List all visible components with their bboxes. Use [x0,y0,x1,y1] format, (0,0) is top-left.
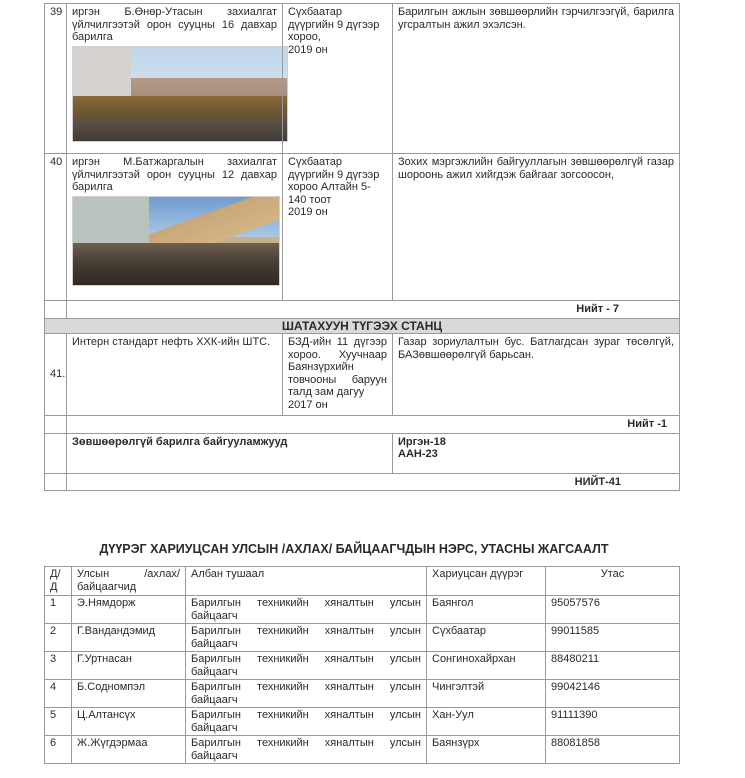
year: 2019 он [288,44,387,57]
col-header-inspector: Улсын /ахлах/ байцаагчид [72,567,186,596]
location: БЗД-ийн 11 дүгээр хороо. Хуучнаар Баянзү… [288,336,387,399]
grand-total: НИЙТ-41 [67,473,680,491]
construction-site-photo [72,46,288,142]
inspectors-table: Д/Д Улсын /ахлах/ байцаагчид Албан тушаа… [44,566,680,764]
inspector-name: Ж.Жүгдэрмаа [72,736,186,764]
inspector-district: Баянгол [427,596,546,624]
inspector-position: Барилгын техникийн хяналтын улсын байцаа… [186,708,427,736]
table-row: 2 Г.Вандандэмид Барилгын техникийн хянал… [45,624,680,652]
table-row: 4 Б.Содномпэл Барилгын техникийн хяналты… [45,680,680,708]
row-number: 40 [45,154,67,301]
table-header-row: Д/Д Улсын /ахлах/ байцаагчид Албан тушаа… [45,567,680,596]
building-description: иргэн М.Батжаргалын захиалгат үйлчилгээт… [72,156,277,194]
row-number: 3 [45,652,72,680]
inspector-position: Барилгын техникийн хяналтын улсын байцаа… [186,596,427,624]
inspector-district: Чингэлтэй [427,680,546,708]
building-description: Интерн стандарт нефть ХХК-ийн ШТС. [67,334,283,416]
summary-label: Зөвшөөрөлгүй барилга байгууламжууд [67,433,393,473]
remark: Барилгын ажлын зөвшөөрлийн гэрчилгээгүй,… [393,4,680,154]
col-header-phone: Утас [546,567,680,596]
inspector-position: Барилгын техникийн хяналтын улсын байцаа… [186,680,427,708]
inspector-phone: 88480211 [546,652,680,680]
inspector-name: Г.Вандандэмид [72,624,186,652]
table-row: 1 Э.Нямдорж Барилгын техникийн хяналтын … [45,596,680,624]
inspector-phone: 99042146 [546,680,680,708]
inspector-phone: 91111390 [546,708,680,736]
row-number: 39 [45,4,67,154]
table-row: 40 иргэн М.Батжаргалын захиалгат үйлчилг… [45,154,680,301]
inspector-phone: 88081858 [546,736,680,764]
violations-table: 39 иргэн Б.Өнөр-Утасын захиалгат үйлчилг… [44,3,680,491]
location: Сүхбаатар дүүргийн 9 дүгээр хороо, [288,6,387,44]
summary-row: Зөвшөөрөлгүй барилга байгууламжууд Иргэн… [45,433,680,473]
section-header-row: ШАТАХУУН ТҮГЭЭХ СТАНЦ [45,318,680,334]
inspector-phone: 99011585 [546,624,680,652]
remark: Зохих мэргэжлийн байгууллагын зөвшөөрөлг… [393,154,680,301]
table-row: 39 иргэн Б.Өнөр-Утасын захиалгат үйлчилг… [45,4,680,154]
inspectors-title: ДҮҮРЭГ ХАРИУЦСАН УЛСЫН /АХЛАХ/ БАЙЦААГЧД… [44,542,664,556]
year: 2019 он [288,206,387,219]
inspector-position: Барилгын техникийн хяналтын улсын байцаа… [186,652,427,680]
col-header-position: Албан тушаал [186,567,427,596]
col-header-no: Д/Д [45,567,72,596]
year: 2017 он [288,399,387,412]
table-row: 3 Г.Уртнасан Барилгын техникийн хяналтын… [45,652,680,680]
table-row: 5 Ц.Алтансүх Барилгын техникийн хяналтын… [45,708,680,736]
table-row: 41. Интерн стандарт нефть ХХК-ийн ШТС. Б… [45,334,680,416]
inspector-name: Б.Содномпэл [72,680,186,708]
inspector-position: Барилгын техникийн хяналтын улсын байцаа… [186,624,427,652]
row-number: 2 [45,624,72,652]
building-description: иргэн Б.Өнөр-Утасын захиалгат үйлчилгээт… [72,6,277,44]
subtotal-row: Нийт -1 [45,416,680,434]
row-number: 4 [45,680,72,708]
row-number: 1 [45,596,72,624]
construction-site-photo [72,196,280,286]
grand-total-row: НИЙТ-41 [45,473,680,491]
inspector-position: Барилгын техникийн хяналтын улсын байцаа… [186,736,427,764]
subtotal-row: Нийт - 7 [45,301,680,319]
summary-entities: ААН-23 [398,448,674,461]
inspector-district: Сүхбаатар [427,624,546,652]
subtotal-label: Нийт - 7 [67,301,680,319]
inspector-name: Э.Нямдорж [72,596,186,624]
remark: Газар зориулалтын бус. Батлагдсан зураг … [393,334,680,416]
inspector-name: Г.Уртнасан [72,652,186,680]
location: Сүхбаатар дүүргийн 9 дүгээр хороо Алтайн… [288,156,387,206]
row-number: 5 [45,708,72,736]
inspector-district: Сонгинохайрхан [427,652,546,680]
inspector-district: Хан-Уул [427,708,546,736]
row-number: 41. [45,334,67,416]
subtotal-label: Нийт -1 [67,416,680,434]
inspector-district: Баянзүрх [427,736,546,764]
row-number: 6 [45,736,72,764]
inspector-phone: 95057576 [546,596,680,624]
table-row: 6 Ж.Жүгдэрмаа Барилгын техникийн хяналты… [45,736,680,764]
inspector-name: Ц.Алтансүх [72,708,186,736]
section-title: ШАТАХУУН ТҮГЭЭХ СТАНЦ [45,318,680,334]
col-header-district: Хариуцсан дүүрэг [427,567,546,596]
summary-citizens: Иргэн-18 [398,436,674,449]
